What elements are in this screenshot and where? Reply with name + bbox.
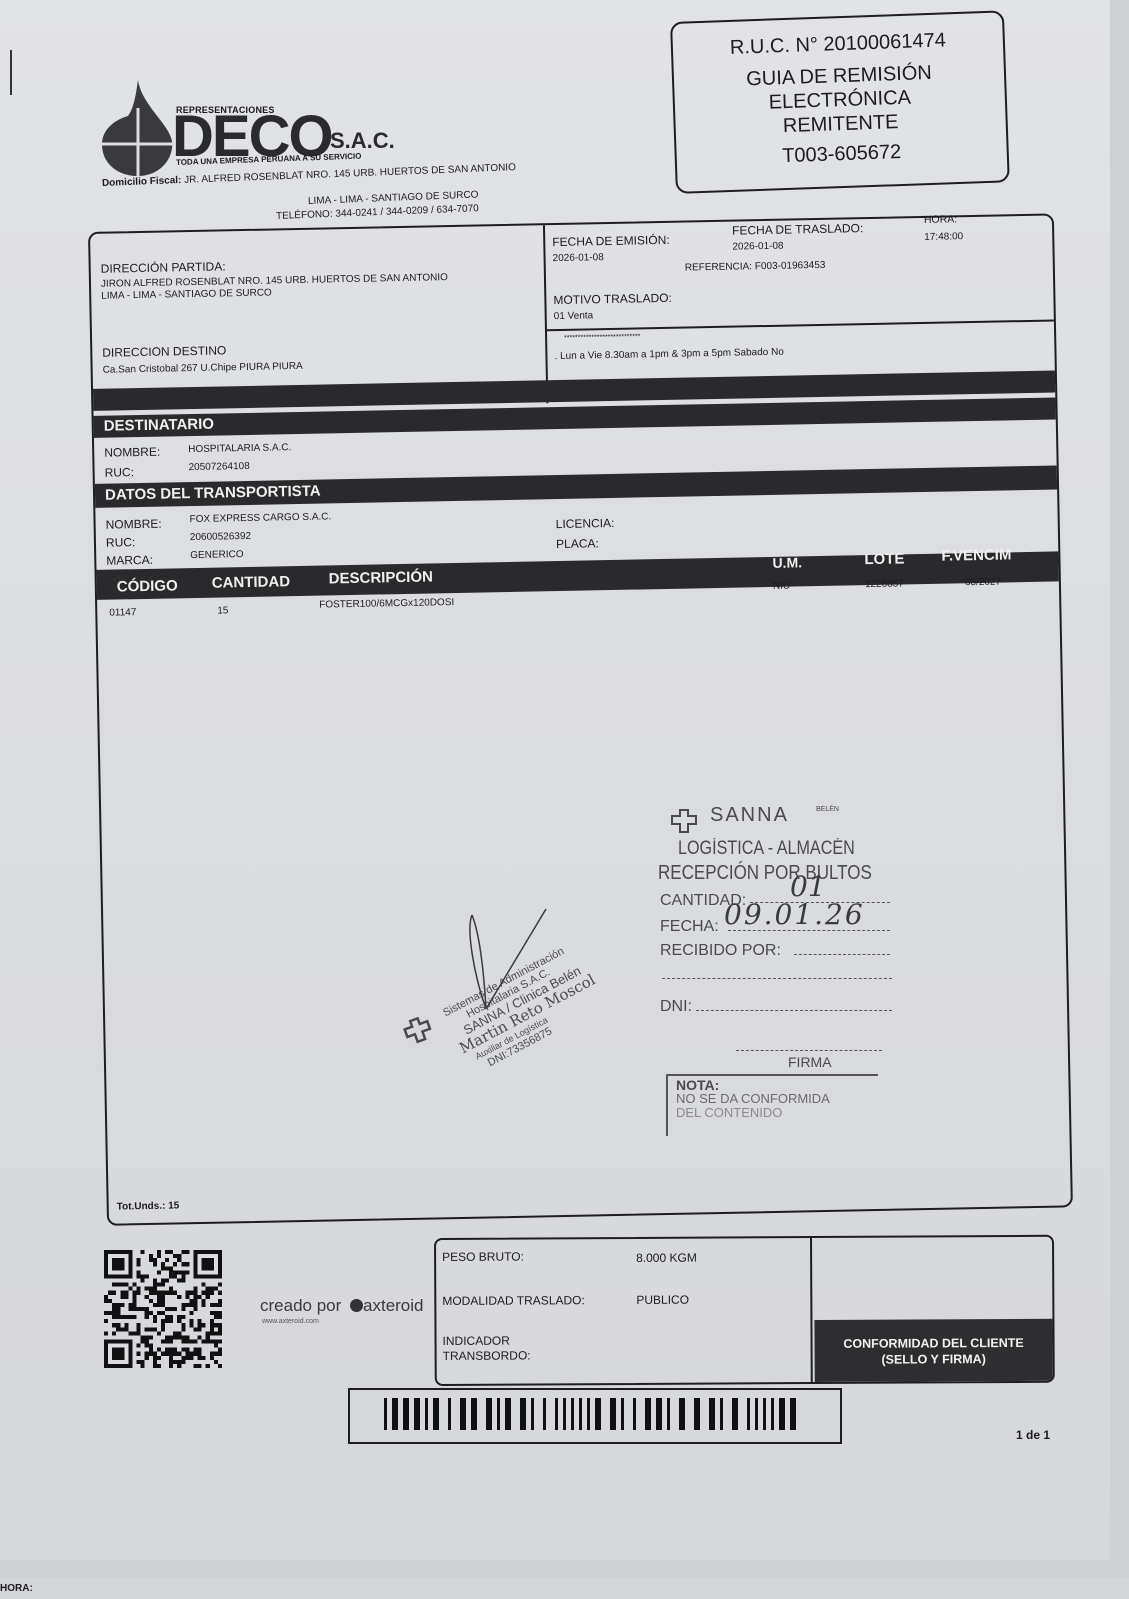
sanna-sub: BELÉN [816, 806, 839, 813]
creado-por-text: creado por [260, 1296, 341, 1315]
referencia: REFERENCIA: F003-01963453 [685, 260, 826, 274]
handwritten-signature [460, 905, 560, 1015]
trans-marca-value: GENERICO [190, 549, 244, 561]
conformidad-line2: (SELLO Y FIRMA) [815, 1351, 1053, 1368]
axteroid-brand: axteroid [363, 1296, 423, 1315]
peso-value: 8.000 KGM [636, 1251, 697, 1265]
traslado-label: FECHA DE TRASLADO: [732, 221, 863, 238]
cell-fvencim: 03/2027 [965, 577, 1001, 589]
barcode-frame [348, 1388, 842, 1444]
axteroid-logo-icon [350, 1299, 363, 1312]
sanna-cross-icon [400, 1015, 436, 1047]
placa-label: PLACA: [556, 536, 599, 551]
licencia-label: LICENCIA: [556, 516, 615, 531]
underlying-page [0, 1578, 1129, 1599]
nota-box: NOTA: NO SE DA CONFORMIDA DEL CONTENIDO [666, 1074, 878, 1136]
nota-label: NOTA: [668, 1076, 878, 1092]
col-codigo: CÓDIGO [117, 577, 178, 595]
divider [547, 319, 1054, 331]
col-um: U.M. [772, 554, 802, 571]
emision-value: 2026-01-08 [552, 252, 603, 264]
modalidad-value: PUBLICO [636, 1293, 689, 1307]
indicador-label: INDICADOR TRANSBORDO: [443, 1333, 531, 1363]
stamp-fecha-label: FECHA: [660, 918, 719, 936]
note-hours: . Lun a Vie 8.30am a 1pm & 3pm a 5pm Sab… [554, 347, 784, 362]
underlying-page-label: HORA: [0, 1583, 33, 1594]
document-id-box: R.U.C. N° 20100061474 GUIA DE REMISIÓN E… [670, 10, 1010, 194]
indicador-label-2: TRANSBORDO: [443, 1348, 531, 1363]
hora-value: 17:48:00 [924, 231, 963, 243]
trans-marca-label: MARCA: [106, 553, 153, 568]
cell-um: NIU [773, 581, 790, 592]
stamp-recibido-label: RECIBIDO POR: [660, 942, 781, 960]
recibido-line [794, 954, 890, 955]
divider [543, 225, 548, 403]
trans-nombre-value: FOX EXPRESS CARGO S.A.C. [189, 511, 331, 525]
trans-nombre-label: NOMBRE: [105, 517, 161, 532]
cell-lote: 1226857 [865, 578, 904, 590]
firma-line [736, 1050, 882, 1051]
hora-label: HORA: [924, 213, 957, 226]
conformidad-cliente: CONFORMIDAD DEL CLIENTE (SELLO Y FIRMA) [814, 1319, 1052, 1382]
stamp-firma-label: FIRMA [788, 1054, 832, 1070]
peso-label: PESO BRUTO: [442, 1250, 524, 1264]
trans-ruc-value: 20600526392 [190, 531, 251, 543]
recibido-line-2 [662, 978, 892, 979]
cell-cantidad: 15 [217, 605, 228, 616]
emision-label: FECHA DE EMISIÓN: [552, 233, 670, 249]
stamp-fecha-value: 09.01.26 [724, 898, 865, 931]
col-lote: LOTE [864, 550, 904, 568]
motivo-label: MOTIVO TRASLADO: [553, 291, 672, 307]
note-stars: **************************** [564, 333, 640, 341]
dest-nombre-label: NOMBRE: [104, 445, 160, 460]
stamp-line1: LOGÍSTICA - ALMACÉN [678, 838, 855, 860]
cell-codigo: 01147 [109, 607, 136, 619]
fecha-line [728, 930, 890, 931]
stamp-line2: RECEPCIÓN POR BULTOS [658, 862, 872, 885]
col-fvencim: F.VENCIM [941, 546, 1011, 564]
shipping-info-box: PESO BRUTO: 8.000 KGM MODALIDAD TRASLADO… [434, 1235, 1055, 1386]
destino-label: DIRECCION DESTINO [102, 343, 226, 359]
barcode-icon [350, 1390, 840, 1442]
company-suffix: S.A.C. [330, 128, 395, 154]
modalidad-label: MODALIDAD TRASLADO: [442, 1293, 585, 1308]
total-units: Tot.Unds.: 15 [117, 1200, 180, 1212]
traslado-value: 2026-01-08 [732, 241, 783, 253]
stamp-dni-label: DNI: [660, 998, 692, 1016]
qr-code-icon [104, 1244, 222, 1374]
destino-value: Ca.San Cristobal 267 U.Chipe PIURA PIURA [103, 361, 303, 376]
col-cantidad: CANTIDAD [212, 573, 291, 592]
creado-por: creado por axteroid [260, 1296, 424, 1316]
ruc-number: R.U.C. N° 20100061474 [673, 26, 1004, 62]
partida-label: DIRECCIÓN PARTIDA: [101, 259, 226, 275]
dest-nombre-value: HOSPITALARIA S.A.C. [188, 442, 291, 455]
doc-number: T003-605672 [676, 136, 1007, 172]
nota-line2: DEL CONTENIDO [668, 1106, 878, 1118]
motivo-value: 01 Venta [554, 310, 594, 322]
axteroid-website: www.axteroid.com [262, 1318, 319, 1325]
main-form-frame: DIRECCIÓN PARTIDA: JIRON ALFRED ROSENBLA… [88, 213, 1073, 1225]
deco-drop-logo-icon [100, 78, 178, 178]
paper-edge-mark [10, 50, 12, 95]
sanna-cross-icon [666, 806, 702, 836]
divider [810, 1238, 813, 1382]
dest-ruc-value: 20507264108 [188, 461, 249, 473]
indicador-label-1: INDICADOR [443, 1333, 531, 1348]
nota-line1: NO SE DA CONFORMIDA [668, 1092, 878, 1106]
col-descripcion: DESCRIPCIÓN [329, 568, 433, 587]
page-number: 1 de 1 [1016, 1428, 1050, 1442]
trans-ruc-label: RUC: [106, 535, 136, 550]
dest-ruc-label: RUC: [104, 465, 134, 480]
cell-descripcion: FOSTER100/6MCGx120DOSI [319, 597, 454, 611]
partida-line2: LIMA - LIMA - SANTIAGO DE SURCO [101, 287, 272, 301]
dni-line [696, 1010, 892, 1011]
sanna-brand: SANNA [710, 804, 789, 827]
conformidad-line1: CONFORMIDAD DEL CLIENTE [815, 1335, 1053, 1352]
